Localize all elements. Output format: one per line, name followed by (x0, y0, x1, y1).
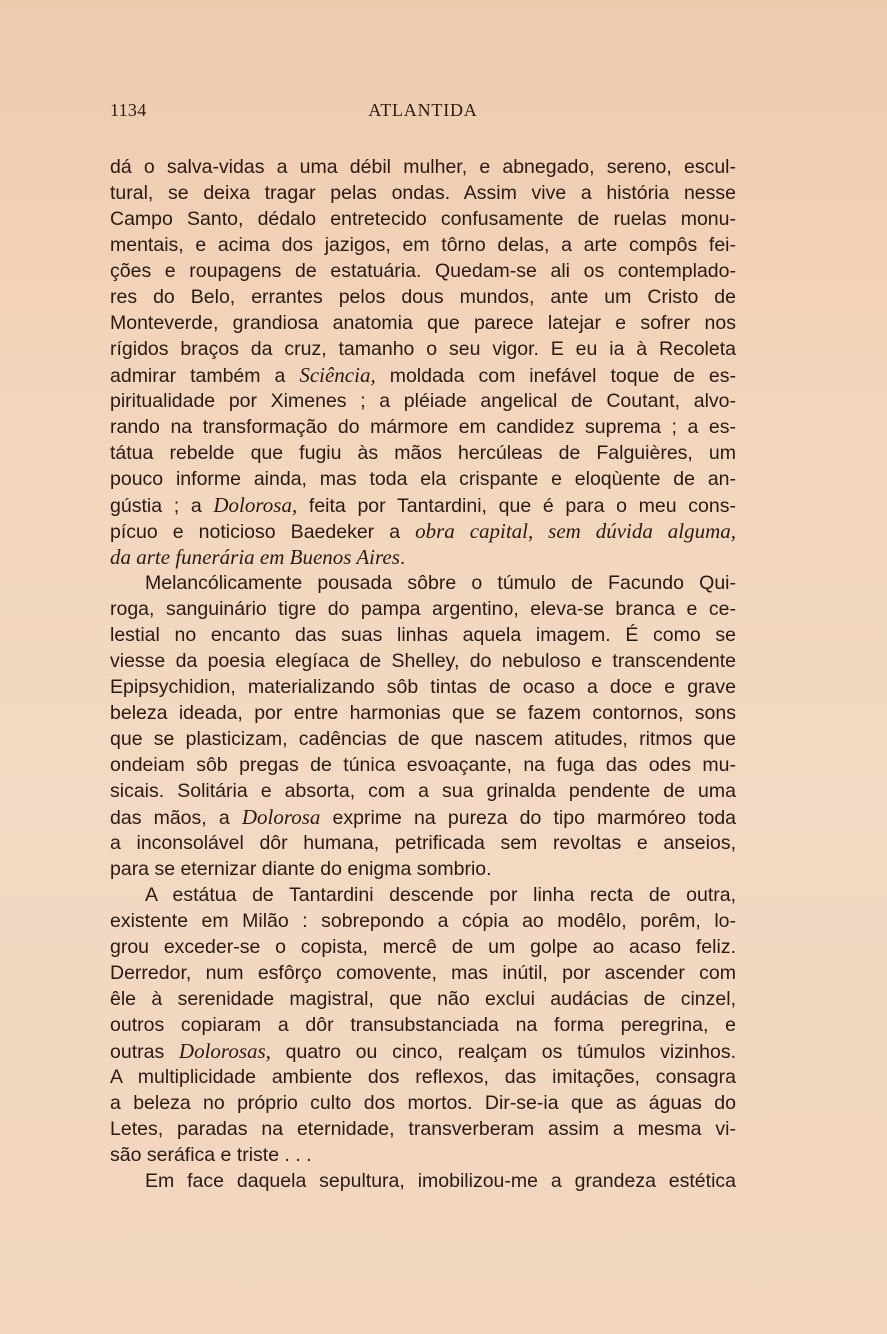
text-segment: . (400, 547, 405, 569)
text-line: ondeiam sôb pregas de túnica esvoaçante,… (110, 752, 736, 778)
text-line: dá o salva-vidas a uma débil mulher, e a… (110, 154, 736, 180)
text-line: ções e roupagens de estatuária. Quedam-s… (110, 258, 736, 284)
text-line: da arte funerária em Buenos Aires. (110, 544, 736, 570)
text-segment: tátua rebelde que fugiu às mãos hercúlea… (110, 442, 736, 464)
text-segment: piritualidade por Ximenes ; a pléiade an… (110, 390, 736, 412)
running-head: 1134 ATLANTIDA (110, 96, 736, 126)
text-segment: A estátua de Tantardini descende por lin… (145, 884, 736, 906)
text-segment: moldada com inefável toque de es- (376, 365, 736, 387)
text-segment: que se plasticizam, cadências de que nas… (110, 728, 736, 750)
book-page: 1134 ATLANTIDA dá o salva-vidas a uma dé… (110, 96, 736, 1194)
text-segment: para se eternizar diante do enigma sombr… (110, 858, 492, 880)
text-line: rígidos braços da cruz, tamanho o seu vi… (110, 336, 736, 362)
italic-text: Sciência, (299, 363, 375, 387)
text-segment: são seráfica e triste . . . (110, 1144, 312, 1166)
text-segment: sicais. Solitária e absorta, com a sua g… (110, 780, 736, 802)
text-segment: tural, se deixa tragar pelas ondas. Assi… (110, 182, 736, 204)
text-line: que se plasticizam, cadências de que nas… (110, 726, 736, 752)
paragraph-first-line: Melancólicamente pousada sôbre o túmulo … (110, 570, 736, 596)
text-line: mentais, e acima dos jazigos, em tôrno d… (110, 232, 736, 258)
text-line: sicais. Solitária e absorta, com a sua g… (110, 778, 736, 804)
text-segment: Melancólicamente pousada sôbre o túmulo … (145, 572, 736, 594)
text-line: beleza ideada, por entre harmonias que s… (110, 700, 736, 726)
text-segment: Derredor, num esfôrço comovente, mas inú… (110, 962, 736, 984)
italic-text: obra capital, sem dúvida alguma, (415, 519, 736, 543)
text-line: grou exceder-se o copista, mercê de um g… (110, 934, 736, 960)
text-segment: dá o salva-vidas a uma débil mulher, e a… (110, 156, 736, 178)
text-segment: feita por Tantardini, que é para o meu c… (297, 495, 736, 517)
text-line: a inconsolável dôr humana, petrificada s… (110, 830, 736, 856)
text-line: existente em Milão : sobrepondo a cópia … (110, 908, 736, 934)
text-line: A multiplicidade ambiente dos reflexos, … (110, 1064, 736, 1090)
text-segment: ções e roupagens de estatuária. Quedam-s… (110, 260, 736, 282)
text-segment: res do Belo, errantes pelos dous mundos,… (110, 286, 736, 308)
text-segment: viesse da poesia elegíaca de Shelley, do… (110, 650, 736, 672)
text-line: rando na transformação do mármore em can… (110, 414, 736, 440)
text-segment: êle à serenidade magistral, que não excl… (110, 988, 736, 1010)
text-segment: lestial no encanto das suas linhas aquel… (110, 624, 736, 646)
text-line: outras Dolorosas, quatro ou cinco, realç… (110, 1038, 736, 1064)
text-segment: A multiplicidade ambiente dos reflexos, … (110, 1066, 736, 1088)
text-segment: Letes, paradas na eternidade, transverbe… (110, 1118, 736, 1140)
text-segment: pouco informe ainda, mas toda ela crispa… (110, 468, 736, 490)
text-line: Epipsychidion, materializando sôb tintas… (110, 674, 736, 700)
text-segment: roga, sanguinário tigre do pampa argenti… (110, 598, 736, 620)
text-segment: rando na transformação do mármore em can… (110, 416, 736, 438)
italic-text: Dolorosa (242, 805, 321, 829)
text-segment: ondeiam sôb pregas de túnica esvoaçante,… (110, 754, 736, 776)
italic-text: da arte funerária em Buenos Aires (110, 545, 400, 569)
text-segment: mentais, e acima dos jazigos, em tôrno d… (110, 234, 736, 256)
text-line: Campo Santo, dédalo entretecido confusam… (110, 206, 736, 232)
text-segment: Monteverde, grandiosa anatomia que parec… (110, 312, 736, 334)
running-title: ATLANTIDA (110, 100, 736, 121)
text-segment: rígidos braços da cruz, tamanho o seu vi… (110, 338, 736, 360)
text-line: lestial no encanto das suas linhas aquel… (110, 622, 736, 648)
paragraph-first-line: A estátua de Tantardini descende por lin… (110, 882, 736, 908)
text-segment: outros copiaram a dôr transubstanciada n… (110, 1014, 736, 1036)
text-segment: exprime na pureza do tipo marmóreo toda (320, 807, 736, 829)
text-line: piritualidade por Ximenes ; a pléiade an… (110, 388, 736, 414)
text-line: roga, sanguinário tigre do pampa argenti… (110, 596, 736, 622)
text-segment: existente em Milão : sobrepondo a cópia … (110, 910, 736, 932)
text-segment: outras (110, 1041, 179, 1063)
text-line: pouco informe ainda, mas toda ela crispa… (110, 466, 736, 492)
text-segment: das mãos, a (110, 807, 242, 829)
text-line: pícuo e noticioso Baedeker a obra capita… (110, 518, 736, 544)
italic-text: Dolorosa, (213, 493, 297, 517)
paragraph-first-line: Em face daquela sepultura, imobilizou-me… (110, 1168, 736, 1194)
text-line: Monteverde, grandiosa anatomia que parec… (110, 310, 736, 336)
text-line: tural, se deixa tragar pelas ondas. Assi… (110, 180, 736, 206)
text-line: viesse da poesia elegíaca de Shelley, do… (110, 648, 736, 674)
text-segment: pícuo e noticioso Baedeker a (110, 521, 415, 543)
text-line: êle à serenidade magistral, que não excl… (110, 986, 736, 1012)
text-line: para se eternizar diante do enigma sombr… (110, 856, 736, 882)
text-line: tátua rebelde que fugiu às mãos hercúlea… (110, 440, 736, 466)
text-line: outros copiaram a dôr transubstanciada n… (110, 1012, 736, 1038)
text-segment: beleza ideada, por entre harmonias que s… (110, 702, 736, 724)
text-segment: a inconsolável dôr humana, petrificada s… (110, 832, 736, 854)
text-line: admirar também a Sciência, moldada com i… (110, 362, 736, 388)
body-text: dá o salva-vidas a uma débil mulher, e a… (110, 154, 736, 1194)
text-line: res do Belo, errantes pelos dous mundos,… (110, 284, 736, 310)
text-segment: Em face daquela sepultura, imobilizou-me… (145, 1170, 736, 1192)
text-line: são seráfica e triste . . . (110, 1142, 736, 1168)
text-segment: grou exceder-se o copista, mercê de um g… (110, 936, 736, 958)
text-segment: gústia ; a (110, 495, 213, 517)
text-segment: Campo Santo, dédalo entretecido confusam… (110, 208, 736, 230)
text-line: Derredor, num esfôrço comovente, mas inú… (110, 960, 736, 986)
text-segment: Epipsychidion, materializando sôb tintas… (110, 676, 736, 698)
italic-text: Dolorosas, (179, 1039, 271, 1063)
text-segment: a beleza no próprio culto dos mortos. Di… (110, 1092, 736, 1114)
text-line: gústia ; a Dolorosa, feita por Tantardin… (110, 492, 736, 518)
text-line: Letes, paradas na eternidade, transverbe… (110, 1116, 736, 1142)
text-line: a beleza no próprio culto dos mortos. Di… (110, 1090, 736, 1116)
text-segment: quatro ou cinco, realçam os túmulos vizi… (271, 1041, 736, 1063)
text-segment: admirar também a (110, 365, 299, 387)
text-line: das mãos, a Dolorosa exprime na pureza d… (110, 804, 736, 830)
